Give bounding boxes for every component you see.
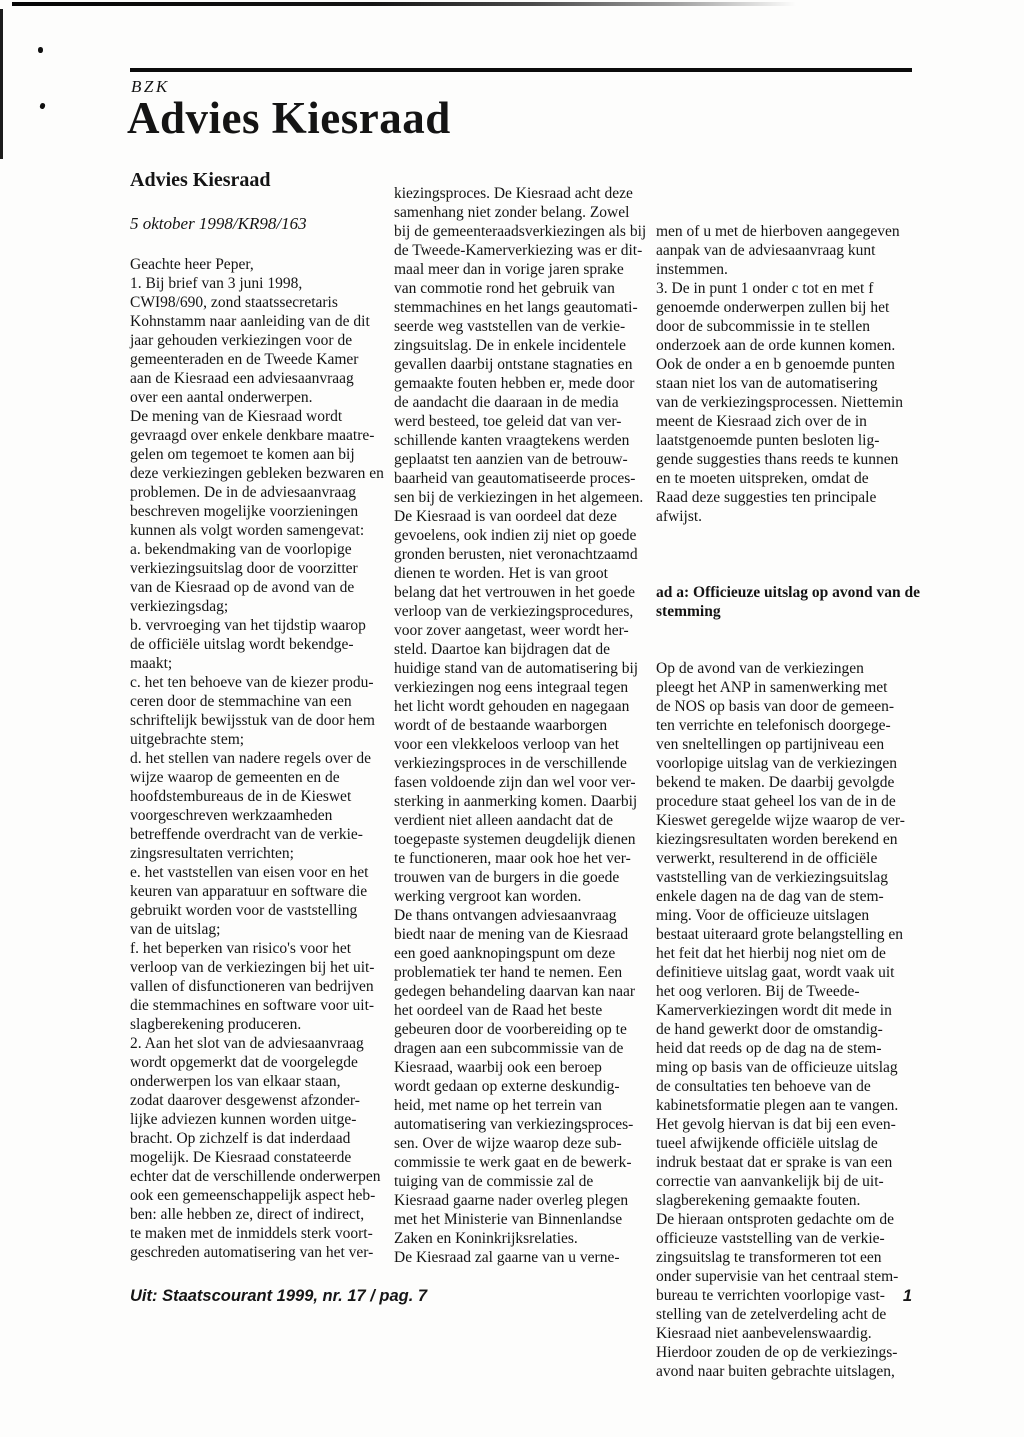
page-footer: Uit: Staatscourant 1999, nr. 17 / pag. 7… <box>130 1287 912 1306</box>
scan-dot-bottom <box>39 102 46 109</box>
page-title: Advies Kiesraad <box>127 92 451 144</box>
article-reference: 5 oktober 1998/KR98/163 <box>130 214 307 234</box>
scan-dot-top <box>38 47 43 53</box>
header-rule <box>130 68 912 72</box>
column-2-text: kiezingsproces. De Kiesraad acht deze sa… <box>394 184 650 1267</box>
column-3-intro-text: men of u met de hierboven aangegeven aan… <box>656 222 912 526</box>
footer-source: Uit: Staatscourant 1999, nr. 17 / pag. 7 <box>130 1287 427 1306</box>
scan-artifact-top-line <box>12 2 812 6</box>
document-page: BZK Advies Kiesraad Advies Kiesraad 5 ok… <box>0 0 1024 1437</box>
page-number: 1 <box>903 1287 912 1306</box>
column-3-rest-text: Op de avond van de verkiezingen pleegt h… <box>656 659 912 1381</box>
column-3: men of u met de hierboven aangegeven aan… <box>656 184 912 1419</box>
column-3-subheading: ad a: Officieuze uitslag op avond van de… <box>656 583 912 621</box>
column-1-text: Geachte heer Peper, 1. Bij brief van 3 j… <box>130 255 386 1262</box>
scan-artifact-left-line <box>0 9 3 159</box>
article-heading: Advies Kiesraad <box>130 169 271 192</box>
